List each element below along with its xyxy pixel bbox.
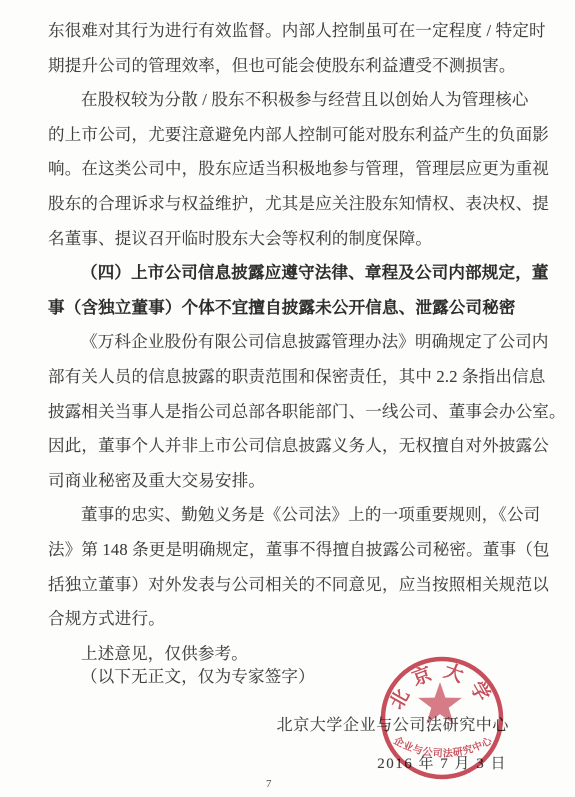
heading-line: （四）上市公司信息披露应遵守法律、章程及公司内部规定，董 <box>48 256 548 291</box>
star-icon <box>418 682 462 724</box>
text-line: 东很难对其行为进行有效监督。内部人控制虽可在一定程度 / 特定时 <box>48 14 548 49</box>
text-line: 括独立董事）对外发表与公司相关的不同意见，应当按照相关规范以 <box>48 568 548 603</box>
text-line: 《万科企业股份有限公司信息披露管理办法》明确规定了公司内 <box>48 325 548 360</box>
text-line: 在股权较为分散 / 股东不积极参与经营且以创始人为管理核心 <box>48 83 548 118</box>
text-line: 合规方式进行。 <box>48 602 548 637</box>
text-line: 司商业秘密及重大交易安排。 <box>48 464 548 499</box>
text-line: 披露相关当事人是指公司总部各职能部门、一线公司、董事会办公室。 <box>48 395 548 430</box>
text-line: 的上市公司，尤要注意避免内部人控制可能对股东利益产生的负面影 <box>48 118 548 153</box>
text-line: 因此，董事个人并非上市公司信息披露义务人，无权擅自对外披露公 <box>48 429 548 464</box>
text-line: 股东的合理诉求与权益维护，尤其是应关注股东知情权、表决权、提 <box>48 187 548 222</box>
seal-bottom-text: 企业与公司法研究中心 <box>392 734 495 760</box>
official-seal: 北京大学 企业与公司法研究中心 <box>372 648 514 793</box>
heading-line: 事（含独立董事）个体不宜擅自披露未公开信息、泄露公司秘密 <box>48 291 548 326</box>
document-body: 东很难对其行为进行有效监督。内部人控制虽可在一定程度 / 特定时 期提升公司的管… <box>48 14 548 695</box>
document-page: 东很难对其行为进行有效监督。内部人控制虽可在一定程度 / 特定时 期提升公司的管… <box>0 0 575 797</box>
text-line: 期提升公司的管理效率，但也可能会使股东利益遭受不测损害。 <box>48 49 548 84</box>
text-line: 响。在这类公司中，股东应适当积极地参与管理，管理层应更为重视 <box>48 152 548 187</box>
text-line: 部有关人员的信息披露的职责范围和保密责任，其中 2.2 条指出信息 <box>48 360 548 395</box>
text-line: 名董事、提议召开临时股东大会等权利的制度保障。 <box>48 222 548 257</box>
text-line: 董事的忠实、勤勉义务是《公司法》上的一项重要规则，《公司 <box>48 498 548 533</box>
text-line: 法》第 148 条更是明确规定，董事不得擅自披露公司秘密。董事（包 <box>48 533 548 568</box>
page-number: 7 <box>266 778 272 790</box>
